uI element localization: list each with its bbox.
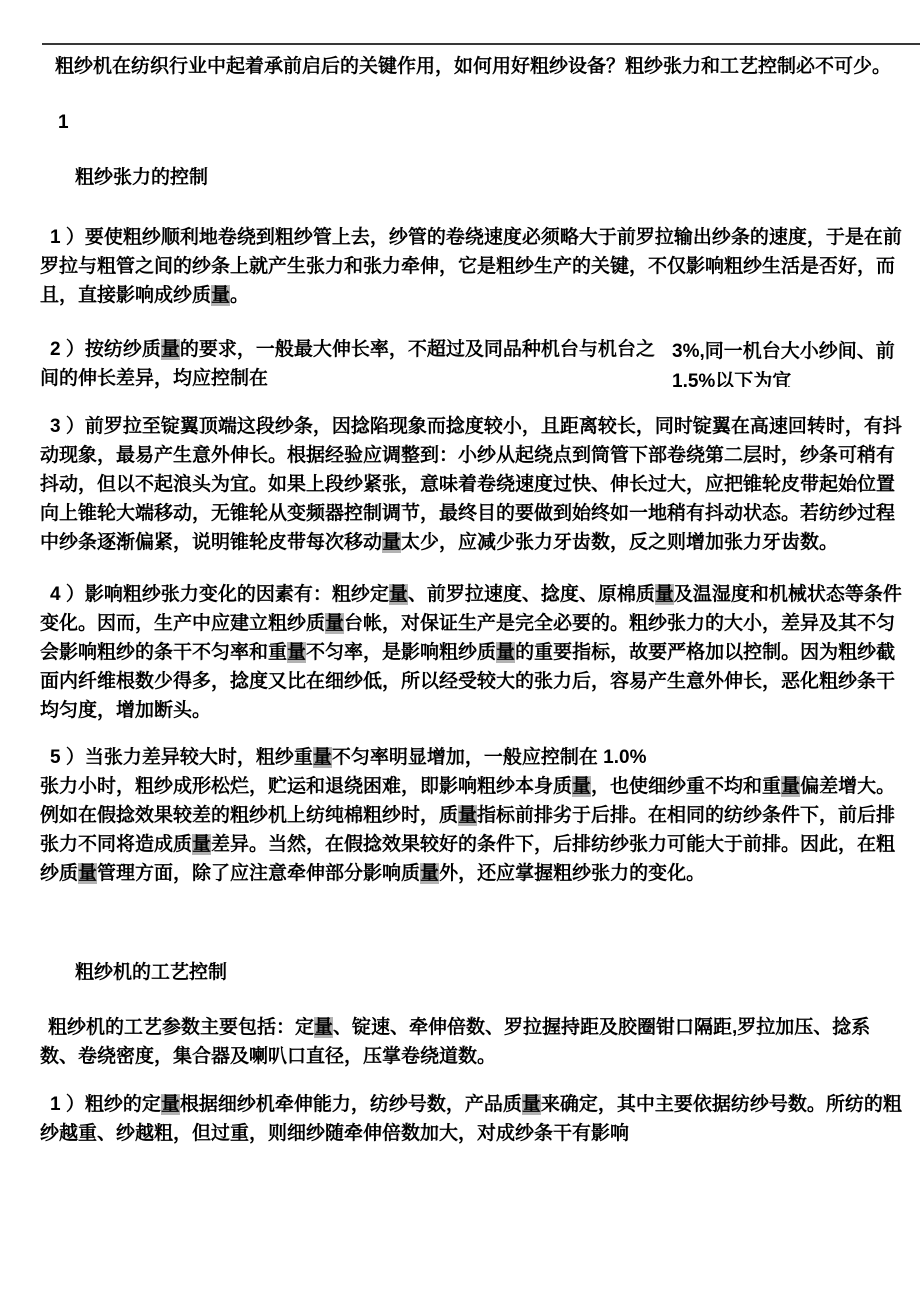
process-paragraph-2: 1 ）粗纱的定量根据细纱机牵伸能力，纺纱号数，产品质量来确定，其中主要依据纺纱号… [40, 1090, 906, 1148]
tension-paragraph-4: 4 ）影响粗纱张力变化的因素有：粗纱定量、前罗拉速度、捻度、原棉质量及温湿度和机… [40, 580, 906, 725]
tension-section-heading: 粗纱张力的控制 [40, 163, 906, 192]
tension-paragraph-1: 1 ）要使粗纱顺利地卷绕到粗纱管上去，纱管的卷绕速度必须略大于前罗拉输出纱条的速… [40, 223, 906, 310]
document-page: 粗纱机在纺织行业中起着承前启后的关键作用，如何用好粗纱设备？粗纱张力和工艺控制必… [0, 0, 920, 1303]
tension-paragraph-5-rest: 张力小时，粗纱成形松烂，贮运和退绕困难，即影响粗纱本身质量，也使细纱重不均和重量… [40, 772, 906, 888]
tension-paragraph-5-line1: 5 ）当张力差异较大时，粗纱重量不匀率明显增加，一般应控制在 1.0% [40, 743, 906, 772]
list-marker: 1 [40, 108, 906, 137]
tension-paragraph-2-aside: 3%,同一机台大小纱间、前 1.5%以下为宜 [672, 337, 914, 387]
process-section-heading: 粗纱机的工艺控制 [40, 958, 906, 987]
aside-line-2-clipped: 1.5%以下为宜 [672, 367, 914, 387]
aside-line-1: 3%,同一机台大小纱间、前 [672, 337, 914, 367]
document-content: 粗纱机在纺织行业中起着承前启后的关键作用，如何用好粗纱设备？粗纱张力和工艺控制必… [0, 43, 920, 1148]
process-paragraph-1: 粗纱机的工艺参数主要包括：定量、锭速、牵伸倍数、罗拉握持距及胶圈钳口隔距,罗拉加… [40, 1013, 906, 1071]
top-divider-line [42, 43, 920, 45]
tension-paragraph-3: 3 ）前罗拉至锭翼顶端这段纱条，因捻陷现象而捻度较小，且距离较长，同时锭翼在高速… [40, 412, 906, 557]
tension-paragraph-2: 2 ）按纺纱质量的要求，一般最大伸长率，不超过及同品种机台与机台之间的伸长差异，… [40, 335, 670, 393]
intro-paragraph: 粗纱机在纺织行业中起着承前启后的关键作用，如何用好粗纱设备？粗纱张力和工艺控制必… [40, 52, 906, 81]
